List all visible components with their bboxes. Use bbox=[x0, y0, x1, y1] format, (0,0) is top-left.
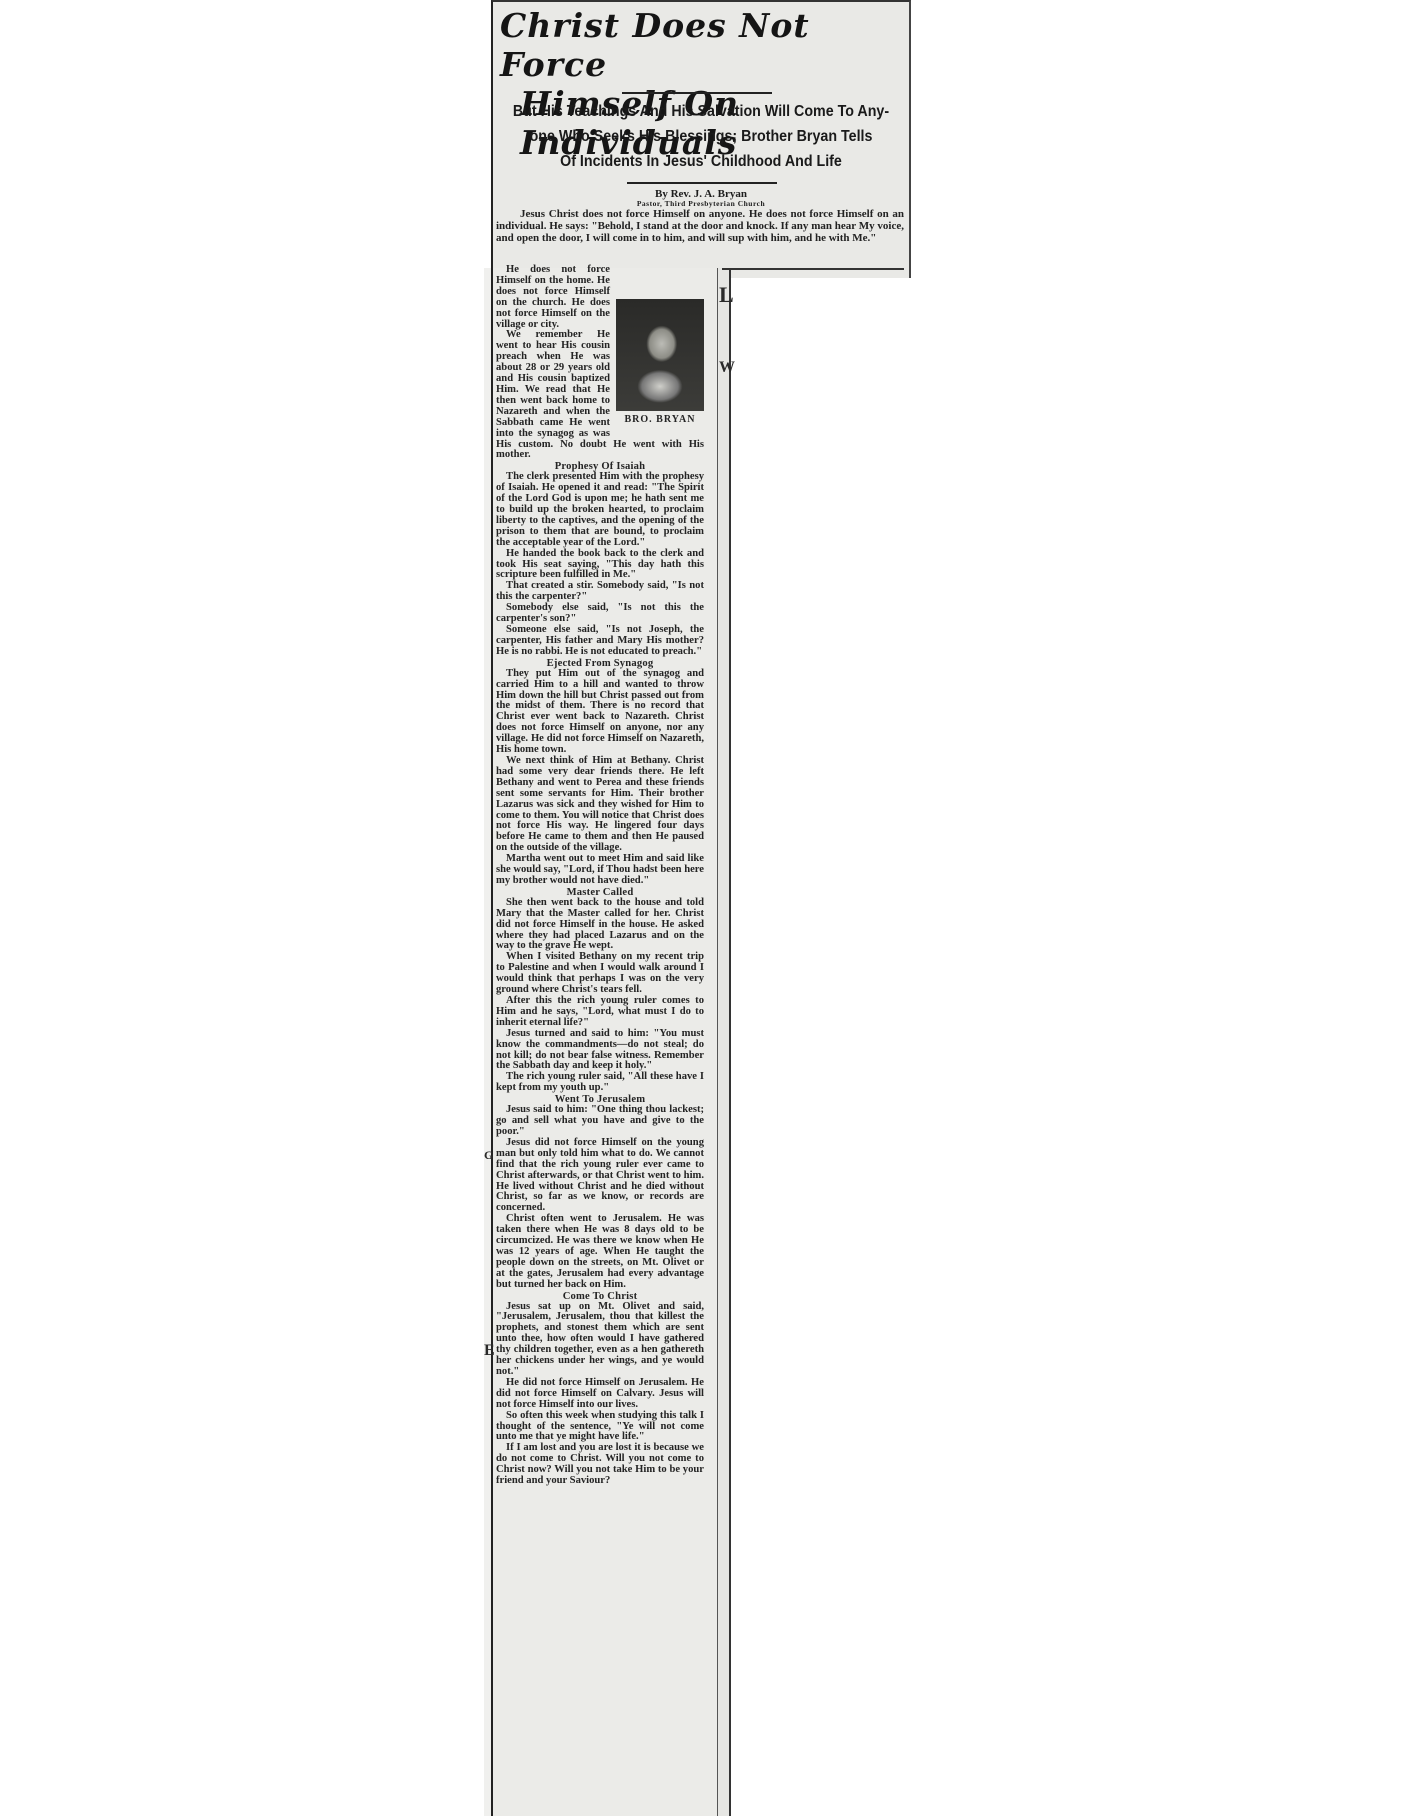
body-paragraph: We next think of Him at Bethany. Christ … bbox=[496, 756, 704, 854]
subhead: Come To Christ bbox=[496, 1291, 704, 1302]
body-paragraph: He did not force Himself on Jerusalem. H… bbox=[496, 1378, 704, 1411]
photo-caption: BRO. BRYAN bbox=[616, 415, 704, 426]
deck-line: Of Incidents In Jesus' Childhood And Lif… bbox=[512, 149, 889, 174]
adjacent-article-rule bbox=[722, 268, 904, 270]
portrait-image bbox=[616, 299, 704, 411]
body-paragraph: If I am lost and you are lost it is beca… bbox=[496, 1443, 704, 1487]
body-paragraph: Someone else said, "Is not Joseph, the c… bbox=[496, 625, 704, 658]
byline-title: Pastor, Third Presbyterian Church bbox=[496, 200, 906, 208]
deck-line: But His Teachings And His Salvation Will… bbox=[512, 99, 889, 124]
headline-line-1: Christ Does Not Force bbox=[500, 6, 900, 84]
body-paragraph: Jesus did not force Himself on the young… bbox=[496, 1138, 704, 1214]
adjacent-fragment: W bbox=[719, 360, 735, 376]
body-paragraph: Jesus said to him: "One thing thou lacke… bbox=[496, 1105, 704, 1138]
body-paragraph: She then went back to the house and told… bbox=[496, 898, 704, 953]
deck-divider bbox=[627, 182, 777, 184]
body-paragraph: So often this week when studying this ta… bbox=[496, 1411, 704, 1444]
body-paragraph: When I visited Bethany on my recent trip… bbox=[496, 952, 704, 996]
headline-divider bbox=[622, 92, 772, 94]
body-paragraph: The rich young ruler said, "All these ha… bbox=[496, 1072, 704, 1094]
adjacent-column-right-sliver bbox=[717, 268, 731, 1816]
body-paragraph: Christ often went to Jerusalem. He was t… bbox=[496, 1214, 704, 1290]
article-deck: But His Teachings And His Salvation Will… bbox=[512, 99, 889, 174]
adjacent-fragment: E bbox=[484, 1346, 495, 1357]
adjacent-fragment: L bbox=[719, 284, 734, 306]
body-paragraph: Somebody else said, "Is not this the car… bbox=[496, 603, 704, 625]
deck-line: one Who Seeks His Blessings; Brother Bry… bbox=[512, 124, 889, 149]
body-paragraph: He handed the book back to the clerk and… bbox=[496, 549, 704, 582]
adjacent-fragment: G bbox=[484, 1150, 493, 1161]
body-paragraph: Jesus turned and said to him: "You must … bbox=[496, 1029, 704, 1073]
lead-paragraph: Jesus Christ does not force Himself on a… bbox=[496, 208, 904, 245]
body-paragraph: That created a stir. Somebody said, "Is … bbox=[496, 581, 704, 603]
article-body: BRO. BRYAN He does not force Himself on … bbox=[496, 265, 704, 1487]
body-paragraph: After this the rich young ruler comes to… bbox=[496, 996, 704, 1029]
body-paragraph: They put Him out of the synagog and carr… bbox=[496, 669, 704, 756]
body-paragraph: The clerk presented Him with the prophes… bbox=[496, 472, 704, 548]
body-paragraph: Jesus sat up on Mt. Olivet and said, "Je… bbox=[496, 1302, 704, 1378]
body-paragraph: Martha went out to meet Him and said lik… bbox=[496, 854, 704, 887]
author-photo: BRO. BRYAN bbox=[616, 299, 704, 429]
